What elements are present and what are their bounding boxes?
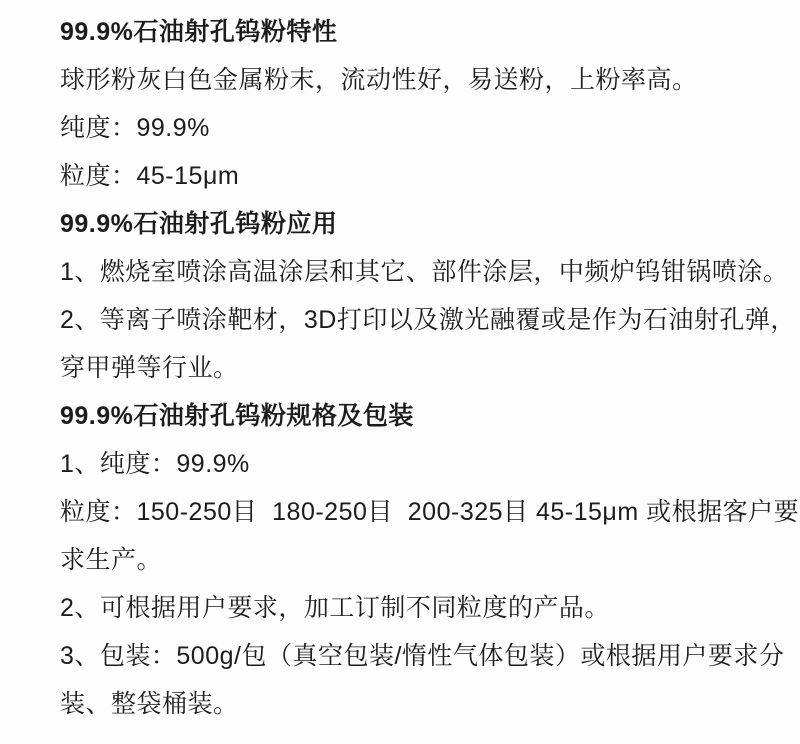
line-application-2: 2、等离子喷涂靶材，3D打印以及激光融覆或是作为石油射孔弹， xyxy=(60,294,796,342)
line-spec-packaging: 3、包装：500g/包（真空包装/惰性气体包装）或根据用户要求分 xyxy=(60,630,796,678)
heading-tungsten-powder-properties: 99.9%石油射孔钨粉特性 xyxy=(60,6,796,54)
line-spec-particle-sizes: 粒度：150-250目 180-250目 200-325目 45-15μm 或根… xyxy=(60,486,796,534)
line-particle-size: 粒度：45-15μm xyxy=(60,150,796,198)
line-spec-packaging-continued: 装、整袋桶装。 xyxy=(60,678,796,726)
line-spec-custom-order: 2、可根据用户要求，加工订制不同粒度的产品。 xyxy=(60,582,796,630)
line-purity: 纯度：99.9% xyxy=(60,102,796,150)
heading-tungsten-powder-applications: 99.9%石油射孔钨粉应用 xyxy=(60,198,796,246)
line-application-2-continued: 穿甲弹等行业。 xyxy=(60,342,796,390)
line-spec-particle-sizes-continued: 求生产。 xyxy=(60,534,796,582)
line-application-1: 1、燃烧室喷涂高温涂层和其它、部件涂层，中频炉钨钳锅喷涂。 xyxy=(60,246,796,294)
heading-specs-and-packaging: 99.9%石油射孔钨粉规格及包装 xyxy=(60,390,796,438)
line-spec-purity: 1、纯度：99.9% xyxy=(60,438,796,486)
document-page: 99.9%石油射孔钨粉特性 球形粉灰白色金属粉末，流动性好，易送粉，上粉率高。 … xyxy=(0,0,800,744)
line-powder-description: 球形粉灰白色金属粉末，流动性好，易送粉，上粉率高。 xyxy=(60,54,796,102)
